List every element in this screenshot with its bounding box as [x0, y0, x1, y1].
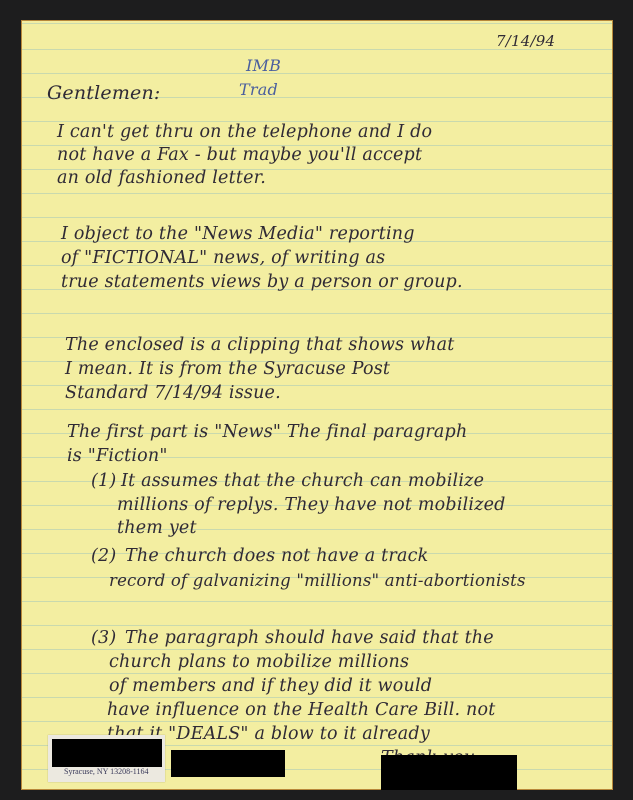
- point-3-line-2: church plans to mobilize millions: [109, 654, 409, 672]
- point-3-line-3: of members and if they did it would: [109, 678, 432, 696]
- point-1-number: (1): [91, 473, 116, 491]
- redaction-box-signature: [381, 755, 517, 790]
- blue-annotation-line2: Trad: [239, 82, 278, 98]
- point-2-line-2: record of galvanizing "millions" anti-ab…: [109, 573, 526, 590]
- scan-frame: 7/14/94 Gentlemen: IMB Trad I can't get …: [0, 0, 633, 800]
- paragraph-3-line-3: Standard 7/14/94 issue.: [65, 385, 281, 403]
- address-label: Syracuse, NY 13208-1164: [48, 735, 165, 782]
- paragraph-1-line-3: an old fashioned letter.: [57, 170, 266, 188]
- paragraph-2-line-2: of "FICTIONAL" news, of writing as: [61, 250, 385, 268]
- address-city-line: Syracuse, NY 13208-1164: [64, 767, 149, 776]
- point-1-number-text: 1: [98, 471, 109, 491]
- redaction-box-name: [52, 739, 162, 767]
- point-1-line-1: It assumes that the church can mobilize: [121, 473, 484, 491]
- letter-date: 7/14/94: [496, 34, 555, 49]
- point-2-number-text: 2: [98, 546, 109, 566]
- legal-pad-page: 7/14/94 Gentlemen: IMB Trad I can't get …: [21, 20, 613, 790]
- redaction-box-middle: [171, 750, 285, 777]
- paragraph-3-line-1: The enclosed is a clipping that shows wh…: [65, 337, 454, 355]
- point-3-line-1: The paragraph should have said that the: [125, 630, 494, 648]
- point-3-number-text: 3: [98, 628, 109, 648]
- blue-annotation-line1: IMB: [246, 58, 281, 74]
- point-2-line-1: The church does not have a track: [125, 548, 428, 566]
- point-3-line-4: have influence on the Health Care Bill. …: [107, 702, 496, 720]
- point-1-line-2: millions of replys. They have not mobili…: [117, 497, 506, 515]
- point-3-number: (3): [91, 630, 116, 648]
- paragraph-1-line-2: not have a Fax - but maybe you'll accept: [57, 147, 422, 165]
- paragraph-1-line-1: I can't get thru on the telephone and I …: [57, 124, 432, 142]
- paragraph-2-line-3: true statements views by a person or gro…: [61, 274, 463, 292]
- paragraph-4-line-2: is "Fiction": [67, 448, 168, 466]
- point-1-line-3: them yet: [117, 520, 197, 538]
- point-2-number: (2): [91, 548, 116, 566]
- paragraph-2-line-1: I object to the "News Media" reporting: [61, 226, 415, 244]
- paragraph-3-line-2: I mean. It is from the Syracuse Post: [65, 361, 390, 379]
- paragraph-4-line-1: The first part is "News" The final parag…: [67, 424, 467, 442]
- salutation: Gentlemen:: [47, 84, 161, 103]
